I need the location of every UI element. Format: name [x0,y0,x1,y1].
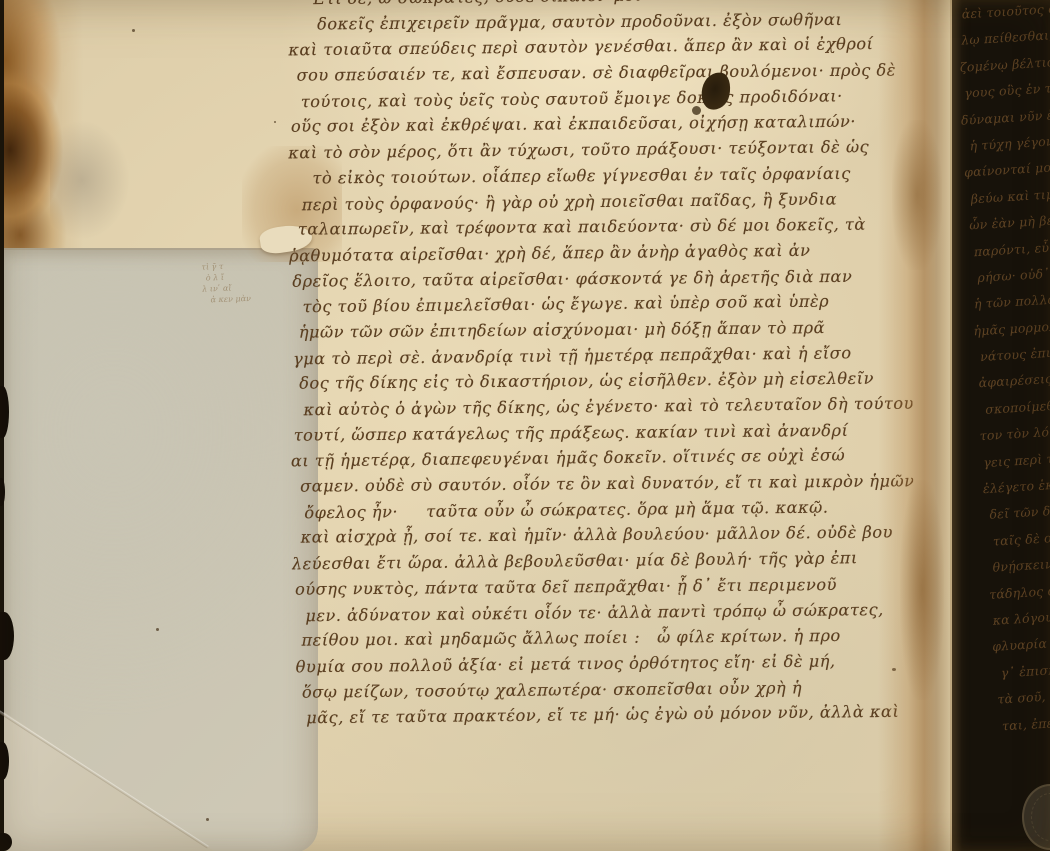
manuscript-photo: τὶ γ̄ τὸ λ ἴλ ιν ̔ αἴἀ κεν μὰν Ἔτι δέ, ὦ… [0,0,1050,851]
gutter-stain [900,480,944,700]
main-text-block: Ἔτι δέ, ὦ σώκρατες, οὐδὲ δίκαιόν μοιδοκε… [287,0,915,731]
ink-blot-small [692,106,701,115]
facing-text-block: ἀεὶ τοιοῦτος οἷος τῶν ἐμῶνλῳ πείθεσθαι, … [954,0,1050,740]
manuscript-page: τὶ γ̄ τὸ λ ἴλ ιν ̔ αἴἀ κεν μὰν Ἔτι δέ, ὦ… [4,0,952,851]
gutter-stain [892,120,942,270]
library-stamp-inner-ring [1031,793,1050,841]
stain-speck [132,29,135,32]
smoke-smudge [50,120,130,240]
stain-speck [206,818,209,821]
greek-text-line: μᾶς, εἴ τε ταῦτα πρακτέον, εἴ τε μή· ὡς … [306,699,915,731]
marginal-note: τὶ γ̄ τὸ λ ἴλ ιν ̔ αἴἀ κεν μὰν [201,258,294,305]
stain-speck [156,628,159,631]
stain-speck [274,121,276,123]
facing-folio-edge: ἀεὶ τοιοῦτος οἷος τῶν ἐμῶνλῳ πείθεσθαι, … [950,0,1050,851]
